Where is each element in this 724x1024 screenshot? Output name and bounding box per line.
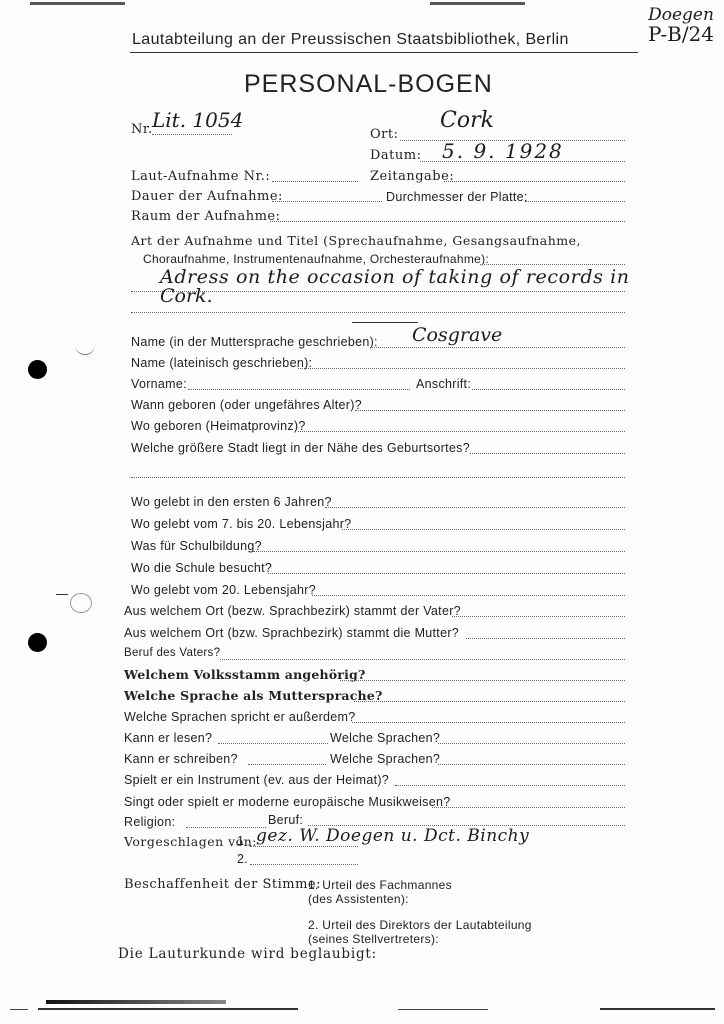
name-mutter-value: Cosgrave [412,324,502,346]
schulbildung-line [253,551,625,552]
wo-geboren-line [298,431,625,432]
beglaubigt-label: Die Lauturkunde wird beglaubigt: [118,946,377,962]
schreiben-sprachen-line [438,764,625,765]
religion-line [186,827,266,828]
schule-line [268,573,625,574]
schreiben-line [248,764,326,765]
sprachen-label: Welche Sprachen spricht er außerdem? [124,710,356,724]
vorgeschlagen-2-num: 2. [237,852,248,866]
archive-note-code: P-B/24 [648,25,714,44]
name-mutter-line [370,347,625,348]
vorgeschlagen-1-line [250,846,358,847]
ort-value: Cork [440,108,494,133]
muttersprache-label: Welche Sprache als Muttersprache? [124,688,382,703]
zeitangabe-line [444,181,625,182]
urteil2-line1: 2. Urteil des Direktors der Lautabteilun… [308,918,532,932]
margin-mark-lower [70,593,92,613]
musik-label: Singt oder spielt er moderne europäische… [124,795,450,809]
scan-artifact-bottom-3 [398,1009,488,1010]
durchmesser-label: Durchmesser der Platte: [386,190,528,204]
stimme-label: Beschaffenheit der Stimme: [124,877,321,892]
nr-value: Lit. 1054 [152,108,243,132]
archive-note: Doegen P-B/24 [648,6,714,44]
schreiben-label: Kann er schreiben? [124,752,238,766]
art-value-line2: Cork. [160,285,213,307]
anschrift-label: Anschrift: [416,377,471,391]
name-mutter-label: Name (in der Muttersprache geschrieben): [131,335,378,349]
musik-line [432,807,625,808]
art-value-line1: Adress on the occasion of taking of reco… [160,266,630,288]
beruf-label: Beruf: [268,813,303,827]
ab-20-line [312,595,625,596]
laut-aufnahme-label: Laut-Aufnahme Nr.: [131,169,270,184]
page-title: PERSONAL-BOGEN [244,70,493,99]
scan-artifact-top-mid [430,2,525,5]
wo-geboren-label: Wo geboren (Heimatprovinz)? [131,419,306,433]
nr-line [152,134,232,135]
margin-mark-upper [75,342,95,355]
urteil1-line2: (des Assistenten): [308,892,409,906]
vorgeschlagen-2-line [250,864,358,865]
religion-label: Religion: [124,815,175,829]
vorname-label: Vorname: [131,377,187,391]
stadt-line [470,453,625,454]
header-underline [130,52,638,53]
vater-ort-line [452,616,625,617]
stadt-label: Welche größere Stadt liegt in der Nähe d… [131,441,470,455]
nr-label: Nr. [131,122,153,137]
jahr-7-20-line [342,529,625,530]
beruf-vater-line [220,659,625,660]
scan-artifact-top-left [30,2,125,5]
scan-artifact-bottom-2 [38,1008,298,1010]
datum-label: Datum: [370,148,421,163]
instrument-line [395,785,625,786]
wann-geboren-line [355,410,625,411]
raum-label: Raum der Aufnahme: [131,209,281,224]
scan-artifact-bottom-4 [600,1008,715,1010]
datum-value: 5. 9. 1928 [442,139,564,163]
name-latein-label: Name (lateinisch geschrieben): [131,356,312,370]
punch-hole-lower [28,633,47,652]
anschrift-line [472,389,625,390]
section-divider [352,322,418,323]
stadt-line-2 [131,477,625,478]
punch-hole-upper [28,360,47,379]
name-latein-line [298,368,625,369]
laut-aufnahme-line [272,181,358,182]
volksstamm-label: Welchem Volksstamm angehörig? [124,667,366,682]
schulbildung-label: Was für Schulbildung? [131,539,262,553]
lesen-sprachen-label: Welche Sprachen? [330,731,440,745]
margin-dash-lower [56,594,68,595]
scan-artifact-bottom-1 [46,1000,226,1004]
vater-ort-label: Aus welchem Ort (bezw. Sprachbezirk) sta… [124,604,461,618]
urteil1-line1: 1. Urteil des Fachmannes [308,878,452,892]
jahr-7-20-label: Wo gelebt vom 7. bis 20. Lebensjahr? [131,517,351,531]
sprachen-line [352,722,625,723]
vorgeschlagen-1-num: 1. [237,834,248,848]
vorname-line [188,389,410,390]
wann-geboren-label: Wann geboren (oder ungefähres Alter)? [131,398,362,412]
mutter-ort-line [466,638,625,639]
vorgeschlagen-1-value: gez. W. Doegen u. Dct. Binchy [256,826,529,846]
ort-label: Ort: [370,127,398,142]
raum-line [270,221,625,222]
lesen-line [218,743,328,744]
art-label-line1: Art der Aufnahme und Titel (Sprechaufnah… [131,233,581,248]
lesen-sprachen-line [438,743,625,744]
erste-jahre-label: Wo gelebt in den ersten 6 Jahren? [131,495,332,509]
scan-artifact-bottom-5 [10,1009,28,1010]
ab-20-label: Wo gelebt vom 20. Lebensjahr? [131,583,316,597]
institution-header: Lautabteilung an der Preussischen Staats… [132,31,569,49]
beruf-vater-label: Beruf des Vaters? [124,647,220,659]
schreiben-sprachen-label: Welche Sprachen? [330,752,440,766]
volksstamm-line [340,680,625,681]
muttersprache-line [354,701,625,702]
durchmesser-line [525,201,625,202]
lesen-label: Kann er lesen? [124,731,212,745]
dauer-label: Dauer der Aufnahme: [131,189,283,204]
dauer-line [272,201,382,202]
urteil2-line2: (seines Stellvertreters): [308,932,439,946]
erste-jahre-line [325,507,625,508]
schule-label: Wo die Schule besucht? [131,561,272,575]
art-line-2 [131,312,625,313]
art-label-line2: Choraufnahme, Instrumentenaufnahme, Orch… [143,252,489,266]
art-line-0 [480,264,625,265]
mutter-ort-label: Aus welchem Ort (bzw. Sprachbezirk) stam… [124,626,459,640]
zeitangabe-label: Zeitangabe: [370,169,454,184]
instrument-label: Spielt er ein Instrument (ev. aus der He… [124,773,389,787]
